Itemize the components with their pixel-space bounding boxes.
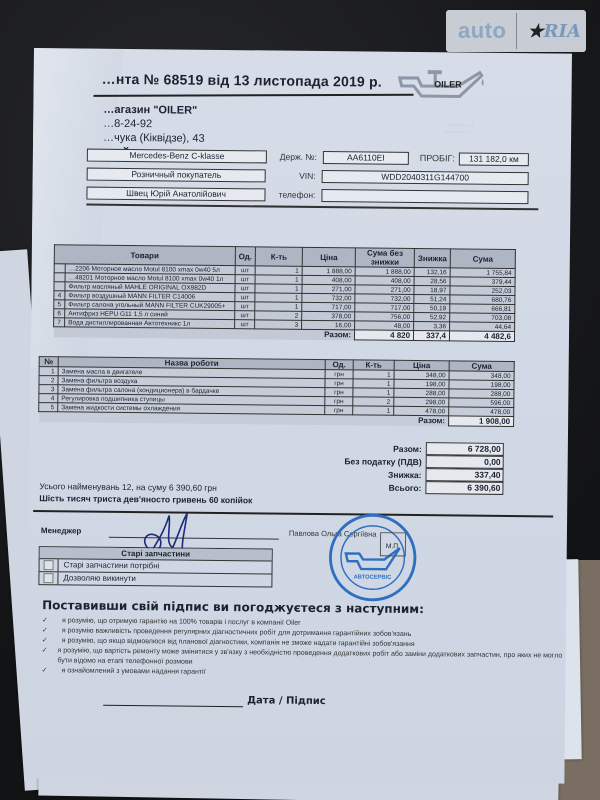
cell-qty: 1 [255, 293, 302, 302]
subtotal-label: Разом: [393, 443, 422, 453]
col-unit: Од. [235, 247, 256, 266]
cell-qty: 1 [255, 266, 302, 275]
vat-value: 0,00 [426, 455, 504, 469]
totals-block: Разом:6 728,00 Без податку (ПДВ)0,00 Зни… [344, 441, 504, 495]
vin-label: VIN: [266, 170, 316, 181]
phone-label: телефон: [266, 189, 316, 200]
cell-discount: 51,24 [414, 294, 450, 303]
cell-unit: грн [325, 406, 353, 415]
vehicle-info: Mercedes-Benz C-klasse Держ. №: AA6110EI… [86, 147, 529, 211]
cell-unit: шт [234, 320, 254, 329]
cell-discount: 50,19 [414, 303, 450, 312]
checkmark-icon: ✓ [42, 626, 62, 636]
checkmark-icon: ✓ [42, 636, 62, 646]
cell-no [54, 264, 65, 273]
cell-qty: 2 [353, 397, 394, 406]
checkmark-icon: ✓ [42, 616, 62, 626]
services-total-label: Разом: [353, 415, 449, 426]
grand-total-value: 6 390,60 [425, 481, 503, 495]
cell-qty: 1 [353, 388, 394, 397]
cell-qty: 1 [353, 370, 394, 379]
cell-unit: шт [235, 293, 255, 302]
col-qty: К-ть [353, 360, 394, 370]
date-signature-label: Дата / Підпис [247, 695, 326, 707]
cell-qty: 1 [255, 284, 302, 293]
cell-discount: 52,92 [414, 312, 450, 321]
discount-value: 337,40 [425, 468, 503, 482]
cell-qty: 2 [255, 311, 302, 320]
cell-qty: 1 [353, 379, 394, 388]
cell-unit: грн [325, 370, 353, 379]
shop-name: …агазин "OILER" [103, 103, 205, 118]
company-stamp-icon: АВТОСЕРВІС М.П. [324, 509, 421, 606]
cell-qty: 1 [255, 275, 302, 284]
cell-no: 6 [54, 309, 65, 318]
amount-summary: Усього найменувань 12, на суму 6 390,60 … [39, 480, 252, 506]
goods-total-nodisc: 4 820 [355, 330, 414, 341]
car-model: Mercedes-Benz C-klasse [87, 148, 267, 163]
star-icon: ★ [527, 21, 543, 42]
checkmark-icon: ✓ [42, 646, 58, 666]
col-no: № [39, 357, 58, 367]
cell-no: 3 [39, 385, 58, 394]
col-qty: К-ть [255, 247, 302, 266]
date-signature-line [103, 705, 243, 707]
goods-total-label: Разом: [302, 329, 355, 340]
mileage-label: ПРОБІГ: [409, 153, 455, 163]
cell-no: 2 [39, 376, 58, 385]
cell-no: 5 [39, 403, 58, 412]
col-unit: Од. [325, 360, 353, 370]
discard-old-parts-label: Дозволяю викинути [58, 572, 136, 585]
services-total-value: 1 908,00 [449, 416, 514, 427]
col-sum-nodisc: Сума без знижки [355, 248, 414, 268]
grand-total-label: Всього: [389, 482, 422, 492]
cell-unit: грн [325, 397, 353, 406]
agreement-section: Поставивши свій підпис ви погоджуєтеся з… [41, 598, 566, 681]
watermark-auto: auto [446, 18, 506, 44]
discount-label: Знижка: [388, 469, 422, 479]
cell-discount: 28,56 [414, 276, 450, 285]
cell-no [54, 273, 65, 282]
invoice-sheet: …нта № 68519 від 13 листопада 2019 р. …а… [26, 48, 572, 784]
col-sum: Сума [450, 249, 515, 269]
vat-label: Без податку (ПДВ) [344, 456, 421, 467]
autoria-watermark: auto ★RIA [446, 10, 586, 52]
col-sum: Сума [449, 361, 514, 372]
goods-total-discount: 337,4 [414, 330, 450, 340]
cell-no [54, 282, 65, 291]
cell-unit: шт [235, 284, 255, 293]
col-goods: Товари [54, 245, 235, 266]
keep-old-parts-label: Старі запчастини потрібні [59, 559, 160, 572]
svg-text:АВТОСЕРВІС: АВТОСЕРВІС [354, 574, 392, 580]
watermark-ria: ★RIA [527, 21, 581, 42]
col-price: Ціна [394, 360, 449, 371]
cell-unit: шт [234, 311, 254, 320]
goods-total-sum: 4 482,6 [449, 331, 514, 342]
goods-table: Товари Од. К-ть Ціна Сума без знижки Зни… [53, 244, 516, 342]
cell-qty: 3 [255, 320, 302, 329]
cell-unit: грн [325, 388, 353, 397]
cell-no: 4 [54, 291, 65, 300]
summary-divider [33, 510, 553, 517]
cell-no: 5 [54, 300, 65, 309]
subtotal-value: 6 728,00 [426, 442, 504, 456]
shop-phone: …8-24-92 [103, 117, 205, 132]
discard-old-parts-checkbox[interactable] [43, 573, 53, 583]
logo-text: OILER [434, 79, 462, 89]
customer-name: Швец Юрій Анатолійович [86, 186, 265, 201]
svg-text:М.П.: М.П. [386, 543, 400, 550]
shop-address: …чука (Кіквідзе), 43 [103, 131, 205, 146]
manager-label: Менеджер [41, 526, 81, 535]
cell-unit: шт [235, 266, 255, 275]
shop-contacts: · · · · · · · · · ·· · · · · · · · · [444, 122, 473, 136]
cell-unit: шт [235, 275, 255, 284]
cell-unit: грн [325, 379, 353, 388]
cell-discount: 18,97 [414, 285, 450, 294]
buyer-type: Розничный покупатель [87, 167, 266, 182]
title-divider [94, 94, 414, 97]
col-price: Ціна [302, 247, 355, 267]
cell-no: 1 [39, 367, 58, 376]
col-discount: Знижка [414, 248, 450, 267]
cell-discount: 132,16 [414, 267, 450, 276]
old-parts-box: Старі запчастини Старі запчастини потріб… [38, 546, 272, 587]
services-table: № Назва роботи Од. К-ть Ціна Сума 1Замен… [38, 356, 515, 427]
checkmark-icon: ✓ [41, 666, 61, 676]
cell-no: 4 [39, 394, 58, 403]
agreement-list: ✓я розумію, що отримую гарантію на 100% … [41, 616, 566, 681]
agreement-title: Поставивши свій підпис ви погоджуєтеся з… [42, 598, 566, 617]
amount-in-words: Шість тисяч триста дев'яносто гривень 60… [39, 492, 252, 506]
invoice-title: …нта № 68519 від 13 листопада 2019 р. [102, 71, 382, 90]
plate-number: AA6110EI [323, 151, 409, 165]
cell-qty: 1 [255, 302, 302, 311]
mileage-value: 131 182,0 км [459, 152, 529, 166]
cell-unit: шт [235, 302, 255, 311]
cell-discount: 3,36 [414, 321, 450, 330]
keep-old-parts-checkbox[interactable] [44, 560, 54, 570]
phone-value [321, 189, 528, 204]
cell-qty: 1 [353, 406, 394, 415]
plate-label: Держ. №: [267, 151, 317, 162]
cell-no: 7 [54, 318, 65, 327]
vin-value: WDD2040311G144700 [322, 170, 529, 185]
